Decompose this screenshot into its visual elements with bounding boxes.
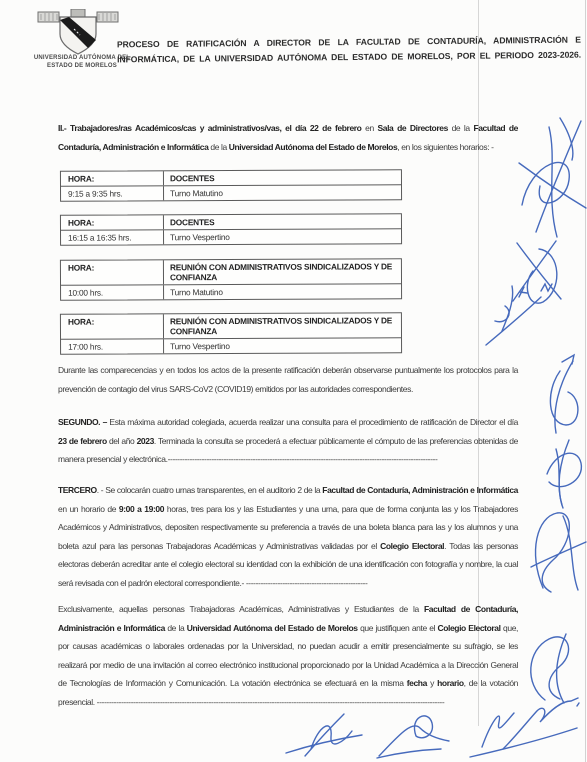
table-cell: REUNIÓN CON ADMINISTRATIVOS SINDICALIZAD…	[163, 259, 401, 284]
table-cell: 9:15 a 9:35 hrs.	[61, 186, 163, 200]
table-cell: 16:15 a 16:35 hrs.	[61, 230, 163, 244]
signature-ink-margin-7	[531, 634, 569, 703]
bold-text-run: 9:00 a 19:00	[119, 504, 167, 514]
text-run: que justifiquen ante el	[360, 623, 437, 633]
text-run: de la	[452, 123, 474, 133]
table-cell: DOCENTES	[163, 170, 401, 185]
table-cell: HORA:	[61, 260, 163, 284]
bold-text-run: Sala de Directores	[378, 123, 452, 133]
text-run: , en los siguientes horarios: -	[397, 142, 493, 152]
text-run: Durante las comparecencias y en todos lo…	[58, 365, 518, 394]
table-cell: Turno Matutino	[163, 284, 401, 299]
signature-ink-bottom-1	[286, 714, 362, 756]
bold-text-run: Universidad Autónoma del Estado de Morel…	[187, 623, 360, 633]
paragraph-tercero: TERCERO. - Se colocarán cuatro urnas tra…	[58, 481, 518, 592]
scanned-document-page: UNIVERSIDAD AUTÓNOMA DEL ESTADO DE MOREL…	[0, 0, 587, 762]
text-run: de la	[167, 623, 186, 633]
table-cell: HORA:	[61, 314, 163, 338]
bold-text-run: 23 de febrero	[58, 436, 109, 446]
text-run: . - Se colocarán cuatro urnas transparen…	[97, 485, 323, 495]
bold-text-run: Colegio Electoral	[380, 541, 444, 551]
table-cell: HORA:	[61, 171, 163, 185]
text-run: ----------------------------------------…	[168, 454, 438, 464]
bold-text-run: Colegio Electoral	[437, 623, 503, 633]
signature-ink-bottom-2	[377, 716, 449, 758]
text-run: Esta máxima autoridad colegiada, acuerda…	[109, 417, 518, 427]
table-cell: Turno Vespertino	[163, 338, 401, 353]
table-header-row: HORA:REUNIÓN CON ADMINISTRATIVOS SINDICA…	[61, 313, 401, 338]
paragraph-voto-electronico: Exclusivamente, aquellas personas Trabaj…	[58, 600, 518, 711]
table-cell: Turno Vespertino	[163, 229, 401, 244]
table-cell: Turno Matutino	[163, 185, 401, 200]
paragraph-segundo: SEGUNDO. – Esta máxima autoridad colegia…	[58, 413, 518, 469]
signature-ink-margin-1	[519, 118, 586, 237]
table-data-row: 16:15 a 16:35 hrs.Turno Vespertino	[61, 228, 401, 244]
table-header-row: HORA:REUNIÓN CON ADMINISTRATIVOS SINDICA…	[61, 259, 401, 284]
text-run: del año	[109, 436, 137, 446]
signature-ink-margin-6	[531, 513, 586, 592]
hours-table-docentes-vespertino: HORA:DOCENTES16:15 a 16:35 hrs.Turno Ves…	[60, 213, 402, 245]
text-run: de la	[210, 142, 228, 152]
text-run: Exclusivamente, aquellas personas Trabaj…	[58, 604, 424, 614]
uaem-crest-logo	[36, 9, 120, 55]
signature-ink-margin-4	[550, 355, 578, 433]
paragraph-roman-ii: II.- Trabajadores/ras Académicos/cas y a…	[58, 119, 518, 156]
table-data-row: 10:00 hrs.Turno Matutino	[61, 283, 401, 299]
text-run: en un horario de	[58, 504, 119, 514]
text-run: ----------------------------------------…	[97, 697, 445, 707]
page-edge-shadow	[585, 0, 586, 762]
table-header-row: HORA:DOCENTES	[61, 170, 401, 185]
bold-text-run: TERCERO	[58, 485, 97, 495]
table-data-row: 17:00 hrs.Turno Vespertino	[61, 337, 401, 353]
signature-ink-margin-3	[486, 286, 541, 345]
table-cell: HORA:	[61, 215, 163, 229]
table-cell: 10:00 hrs.	[61, 285, 163, 299]
bold-text-run: fecha	[407, 678, 430, 688]
bold-text-run: II.- Trabajadores/ras Académicos/cas y a…	[58, 123, 365, 133]
table-cell: DOCENTES	[163, 214, 401, 229]
table-header-row: HORA:DOCENTES	[61, 214, 401, 229]
bold-text-run: horario	[437, 678, 463, 688]
hours-table-administrativos-matutino: HORA:REUNIÓN CON ADMINISTRATIVOS SINDICA…	[60, 258, 402, 300]
hours-table-administrativos-vespertino: HORA:REUNIÓN CON ADMINISTRATIVOS SINDICA…	[60, 312, 402, 354]
text-run: en	[365, 123, 377, 133]
bold-text-run: Universidad Autónoma del Estado de Morel…	[229, 142, 398, 152]
bold-text-run: SEGUNDO. –	[58, 417, 109, 427]
table-data-row: 9:15 a 9:35 hrs.Turno Matutino	[61, 184, 401, 200]
table-cell: REUNIÓN CON ADMINISTRATIVOS SINDICALIZAD…	[163, 313, 401, 338]
table-cell: 17:00 hrs.	[61, 339, 163, 353]
text-run: ----------------------------------------…	[246, 578, 368, 588]
signature-ink-margin-2	[513, 241, 561, 303]
hours-table-docentes-matutino: HORA:DOCENTES9:15 a 9:35 hrs.Turno Matut…	[60, 169, 402, 201]
document-title: PROCESO DE RATIFICACIÓN A DIRECTOR DE LA…	[117, 33, 581, 68]
paragraph-protocolos-covid: Durante las comparecencias y en todos lo…	[58, 361, 518, 398]
signature-ink-margin-5	[547, 440, 581, 508]
bold-text-run: Facultad de Contaduría, Administración e…	[322, 485, 518, 495]
bold-text-run: 2023	[137, 436, 154, 446]
